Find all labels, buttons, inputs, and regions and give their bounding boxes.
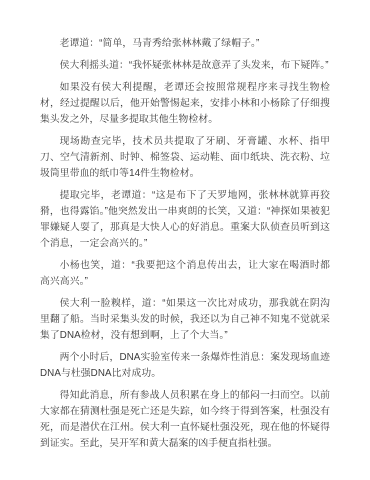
paragraph: 现场勘查完毕，技术员共提取了牙刷、牙膏罐、水杯、指甲刀、空气清新剂、时钟、棉签袋… <box>40 134 330 182</box>
paragraph: 小杨也笑，道：“我要把这个消息传出去，让大家在喝酒时都高兴高兴。” <box>40 258 330 290</box>
paragraph: 两个小时后，DNA实验室传来一条爆炸性消息：案发现场血迹DNA与杜强DNA比对成… <box>40 350 330 382</box>
reader-page: 老谭道：“简单，马青秀给张林林戴了绿帽子。” 侯大利摇头道：“我怀疑张林林是故意… <box>0 0 370 480</box>
paragraph: 侯大利一脸糗样，道：“如果这一次比对成功，那我就在阴沟里翻了船。当时采集头发的时… <box>40 296 330 344</box>
paragraph: 老谭道：“简单，马青秀给张林林戴了绿帽子。” <box>40 36 330 52</box>
paragraph: 得知此消息，所有参战人员积累在身上的郁闷一扫而空。以前大家都在猜测杜强是死亡还是… <box>40 388 330 452</box>
paragraph: 提取完毕，老谭道：“这是布下了天罗地网，张林林就算再狡猾，也得露馅。”他突然发出… <box>40 188 330 252</box>
paragraph: 如果没有侯大利提醒，老谭还会按照常规程序来寻找生物检材，经过提醒以后，他开始警惕… <box>40 80 330 128</box>
paragraph: 侯大利摇头道：“我怀疑张林林是故意弄了头发来，布下疑阵。” <box>40 58 330 74</box>
